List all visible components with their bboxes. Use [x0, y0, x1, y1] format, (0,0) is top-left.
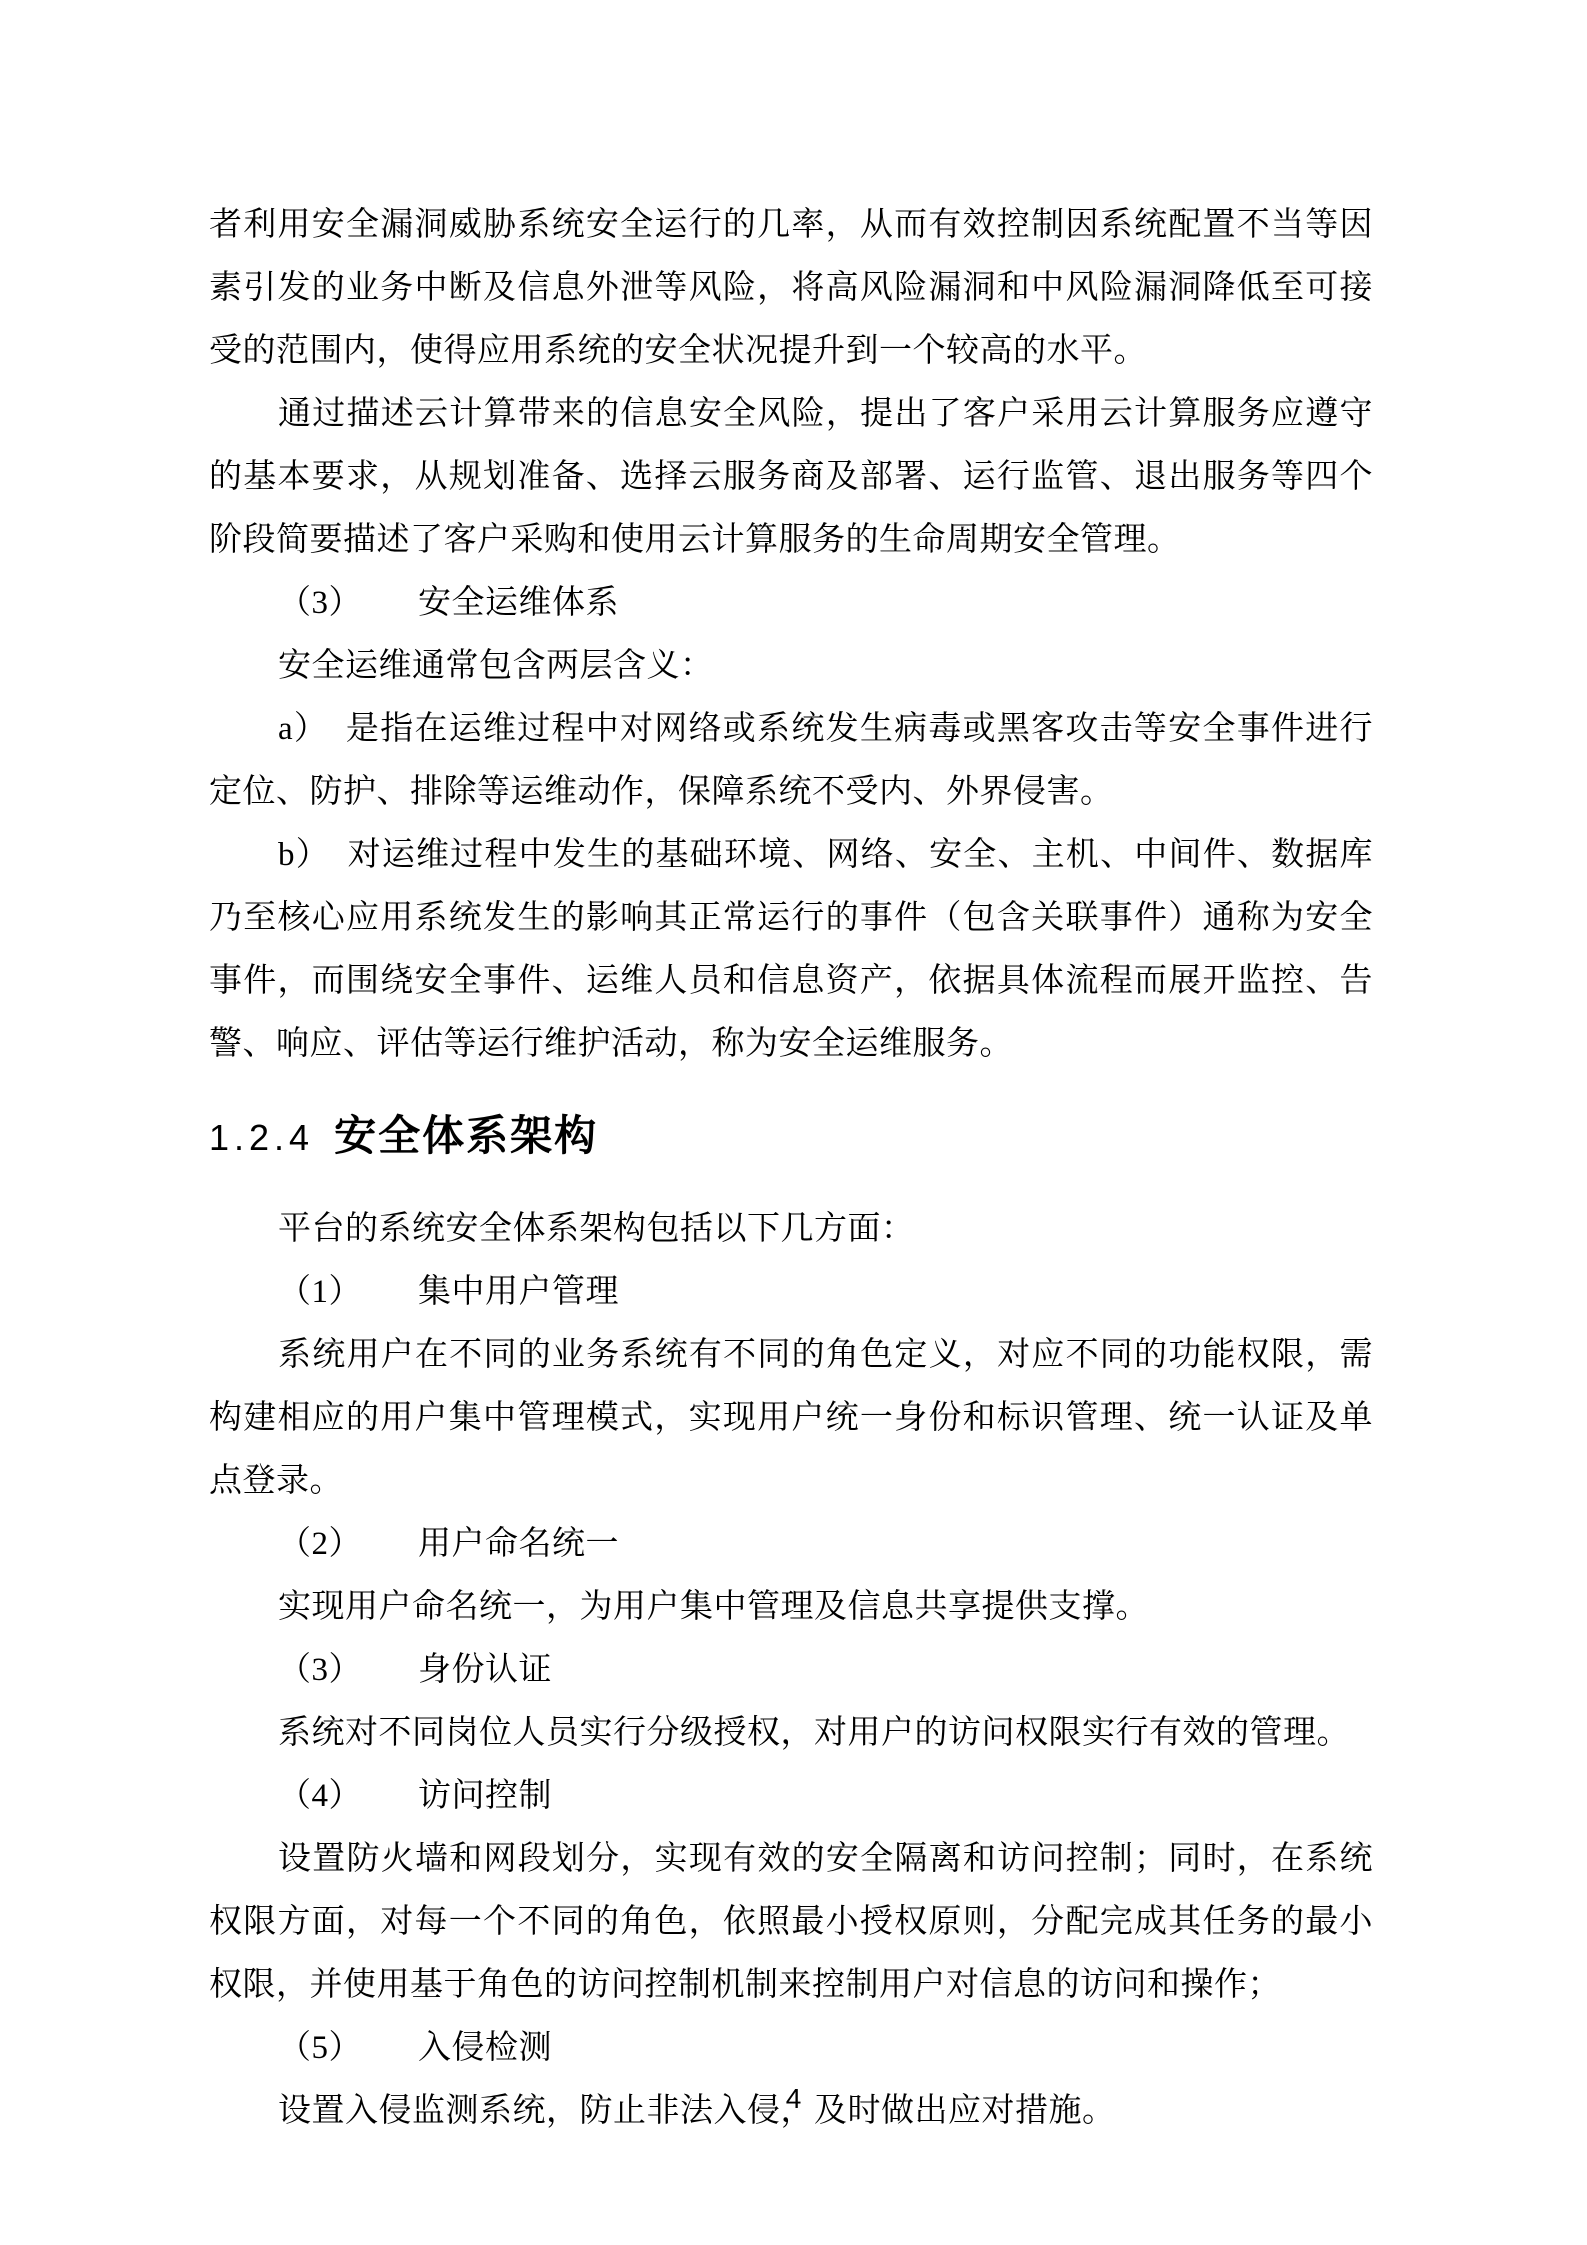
page-content: 者利用安全漏洞威胁系统安全运行的几率，从而有效控制因系统配置不当等因素引发的业务…: [209, 194, 1373, 2143]
numbered-item: （2）用户命名统一: [209, 1513, 1373, 1576]
section-heading-title: 安全体系架构: [334, 1112, 598, 1159]
numbered-item: （3）安全运维体系: [209, 572, 1373, 635]
paragraph-continuation: 者利用安全漏洞威胁系统安全运行的几率，从而有效控制因系统配置不当等因素引发的业务…: [209, 194, 1373, 383]
numbered-item-label: （2）: [278, 1526, 362, 1562]
paragraph: 平台的系统安全体系架构包括以下几方面：: [209, 1198, 1373, 1261]
paragraph-list-b: b） 对运维过程中发生的基础环境、网络、安全、主机、中间件、数据库乃至核心应用系…: [209, 824, 1373, 1076]
paragraph: 通过描述云计算带来的信息安全风险，提出了客户采用云计算服务应遵守的基本要求，从规…: [209, 383, 1373, 572]
numbered-item-title: 用户命名统一: [418, 1526, 619, 1562]
numbered-item: （1）集中用户管理: [209, 1261, 1373, 1324]
paragraph: 实现用户命名统一，为用户集中管理及信息共享提供支撑。: [209, 1576, 1373, 1639]
page-number: 4: [0, 2082, 1587, 2115]
numbered-item: （4）访问控制: [209, 1765, 1373, 1828]
numbered-item-title: 集中用户管理: [418, 1274, 619, 1310]
numbered-item-label: （3）: [278, 585, 362, 621]
paragraph-list-a: a） 是指在运维过程中对网络或系统发生病毒或黑客攻击等安全事件进行定位、防护、排…: [209, 698, 1373, 824]
numbered-item-title: 安全运维体系: [418, 585, 619, 621]
numbered-item-label: （5）: [278, 2030, 362, 2066]
paragraph: 系统用户在不同的业务系统有不同的角色定义，对应不同的功能权限，需构建相应的用户集…: [209, 1324, 1373, 1513]
numbered-item-label: （1）: [278, 1274, 362, 1310]
section-heading-number: 1.2.4: [209, 1117, 314, 1158]
numbered-item-label: （4）: [278, 1778, 362, 1814]
paragraph: 系统对不同岗位人员实行分级授权，对用户的访问权限实行有效的管理。: [209, 1702, 1373, 1765]
document-page: 者利用安全漏洞威胁系统安全运行的几率，从而有效控制因系统配置不当等因素引发的业务…: [0, 0, 1587, 2245]
numbered-item-title: 入侵检测: [418, 2030, 552, 2066]
numbered-item: （5）入侵检测: [209, 2017, 1373, 2080]
numbered-item-title: 访问控制: [418, 1778, 552, 1814]
section-heading: 1.2.4安全体系架构: [209, 1096, 1373, 1183]
numbered-item: （3）身份认证: [209, 1639, 1373, 1702]
numbered-item-title: 身份认证: [418, 1652, 552, 1688]
numbered-item-label: （3）: [278, 1652, 362, 1688]
paragraph: 设置防火墙和网段划分，实现有效的安全隔离和访问控制；同时，在系统权限方面，对每一…: [209, 1828, 1373, 2017]
paragraph: 安全运维通常包含两层含义：: [209, 635, 1373, 698]
